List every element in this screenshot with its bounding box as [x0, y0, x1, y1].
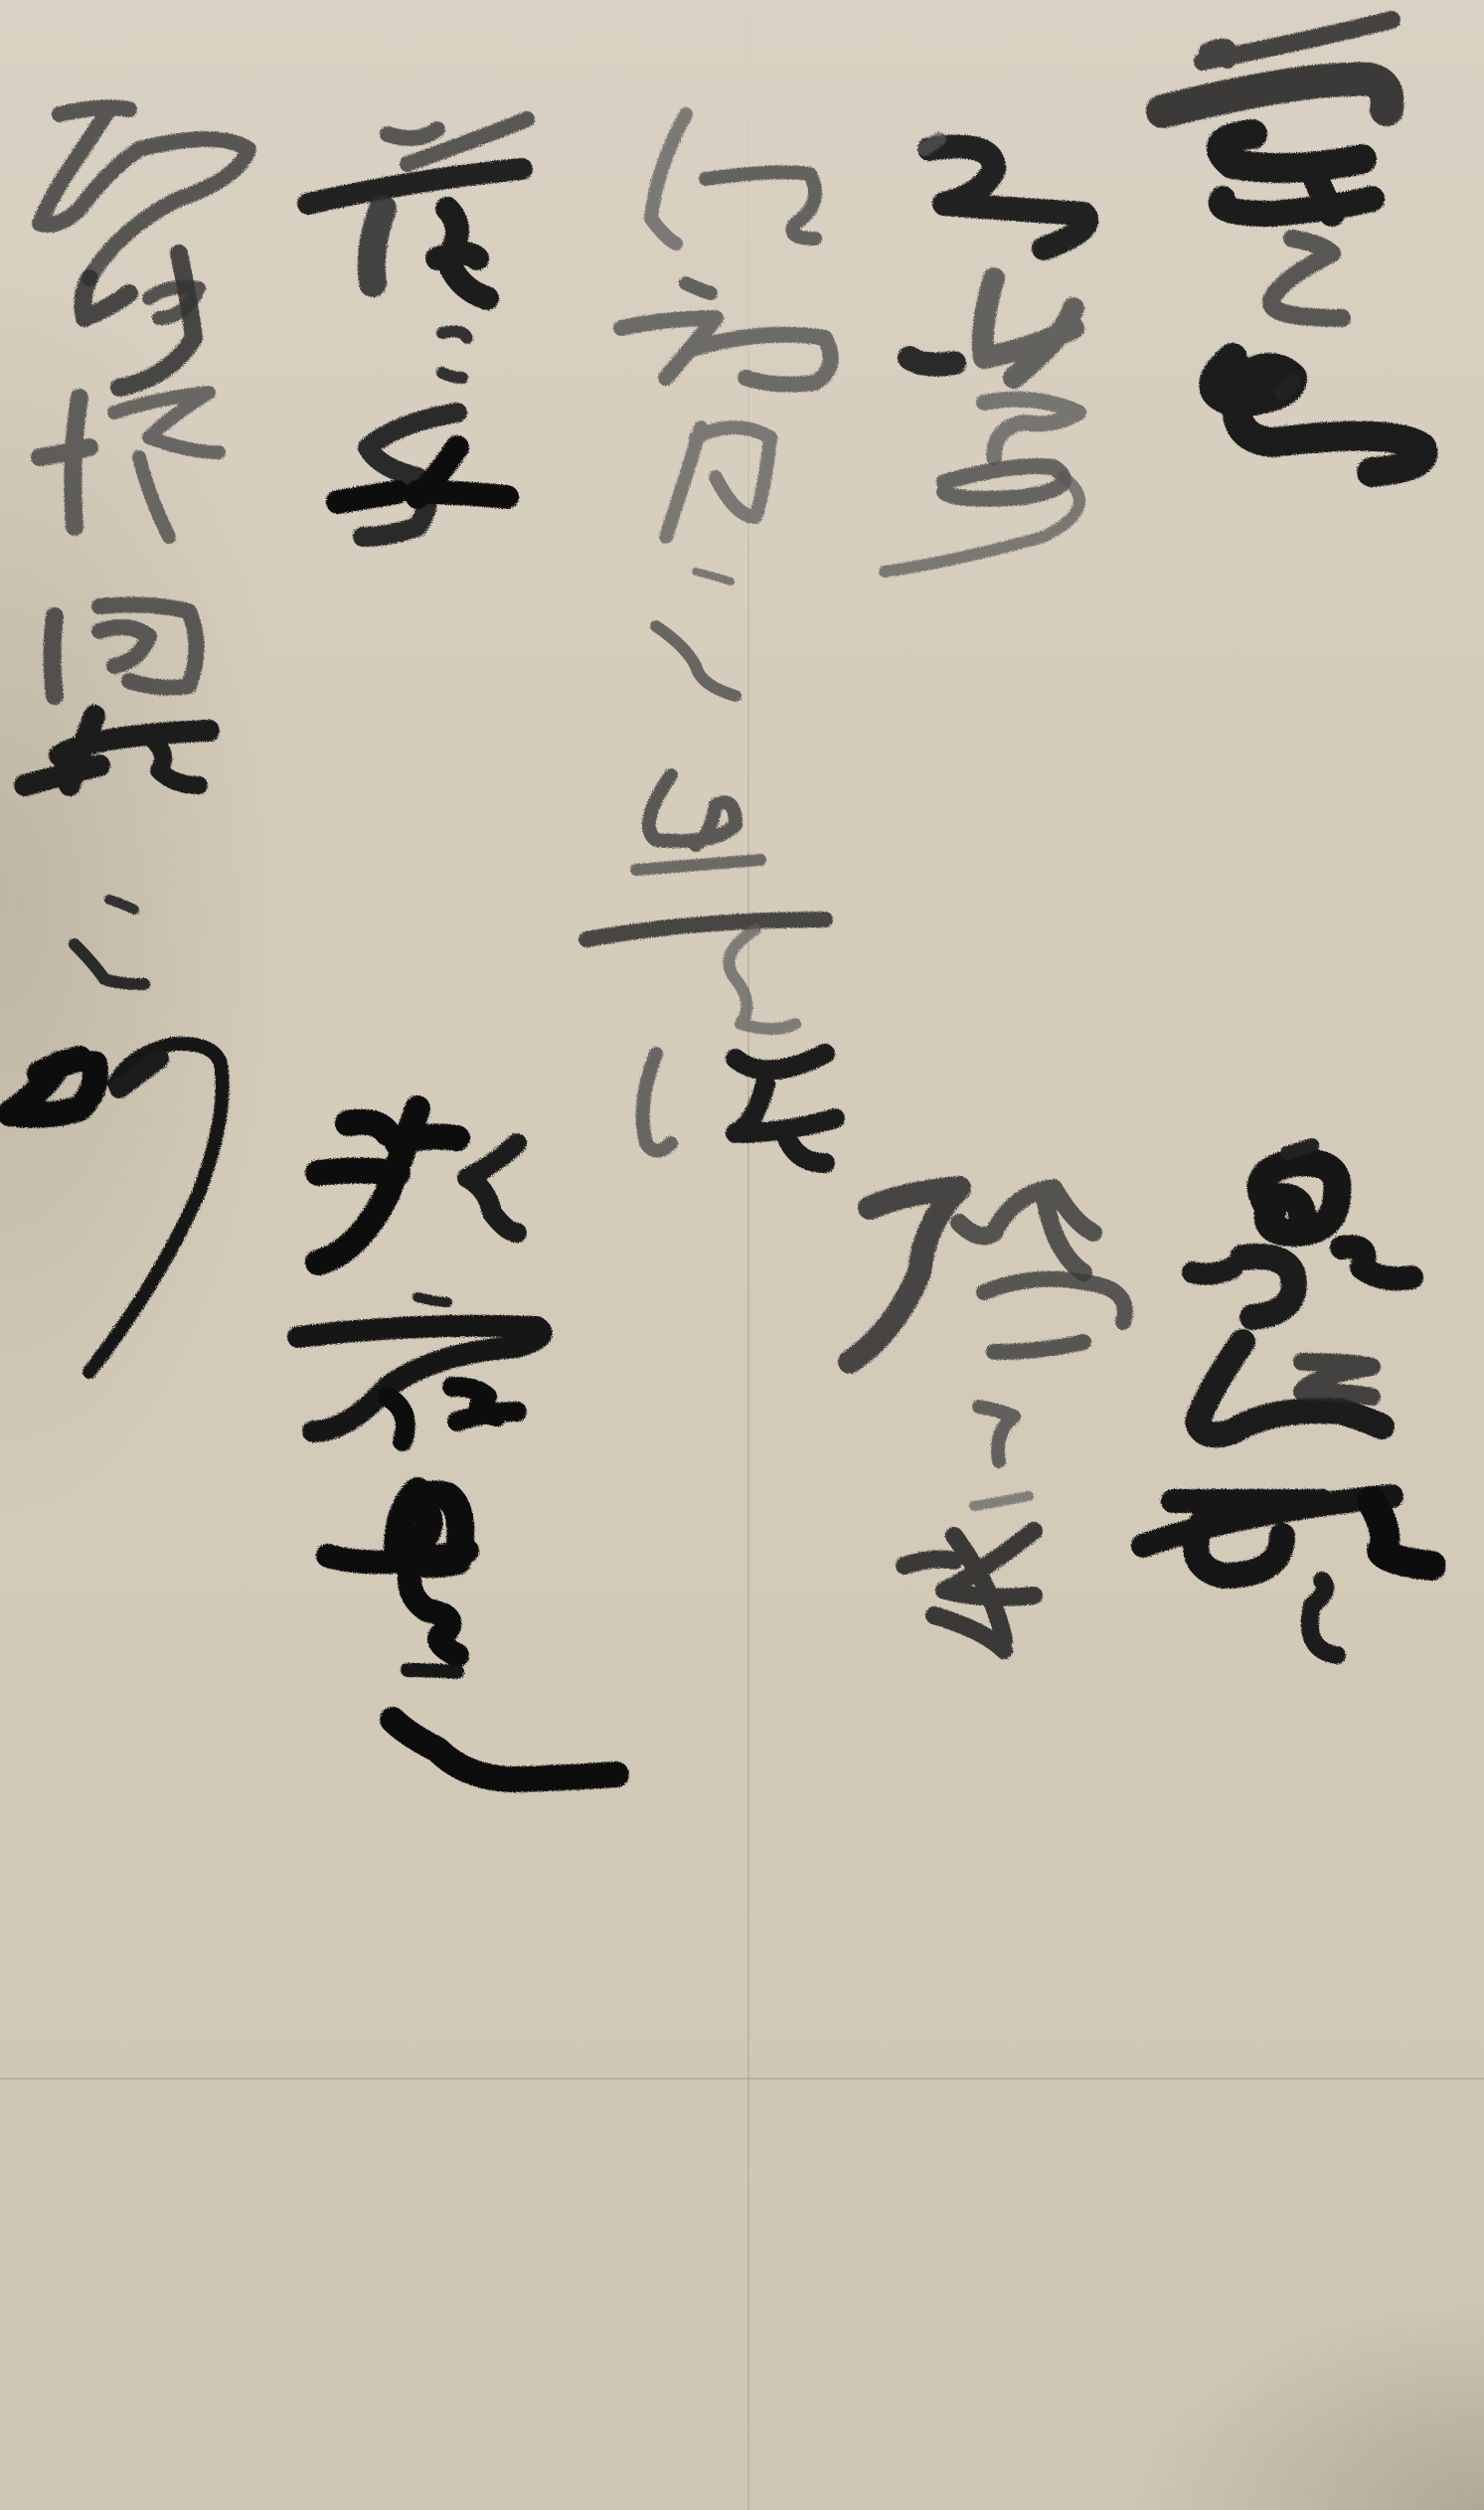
column-4-glyphs [298, 119, 616, 1779]
calligraphy-scroll: cursive script (caoshu) [0, 0, 1484, 2510]
ink-strokes [0, 0, 1484, 2510]
column-5-glyphs [10, 107, 248, 1372]
column-2-glyphs [850, 139, 1125, 1650]
column-1-glyphs [1143, 20, 1431, 1655]
column-3-glyphs [586, 114, 835, 1163]
